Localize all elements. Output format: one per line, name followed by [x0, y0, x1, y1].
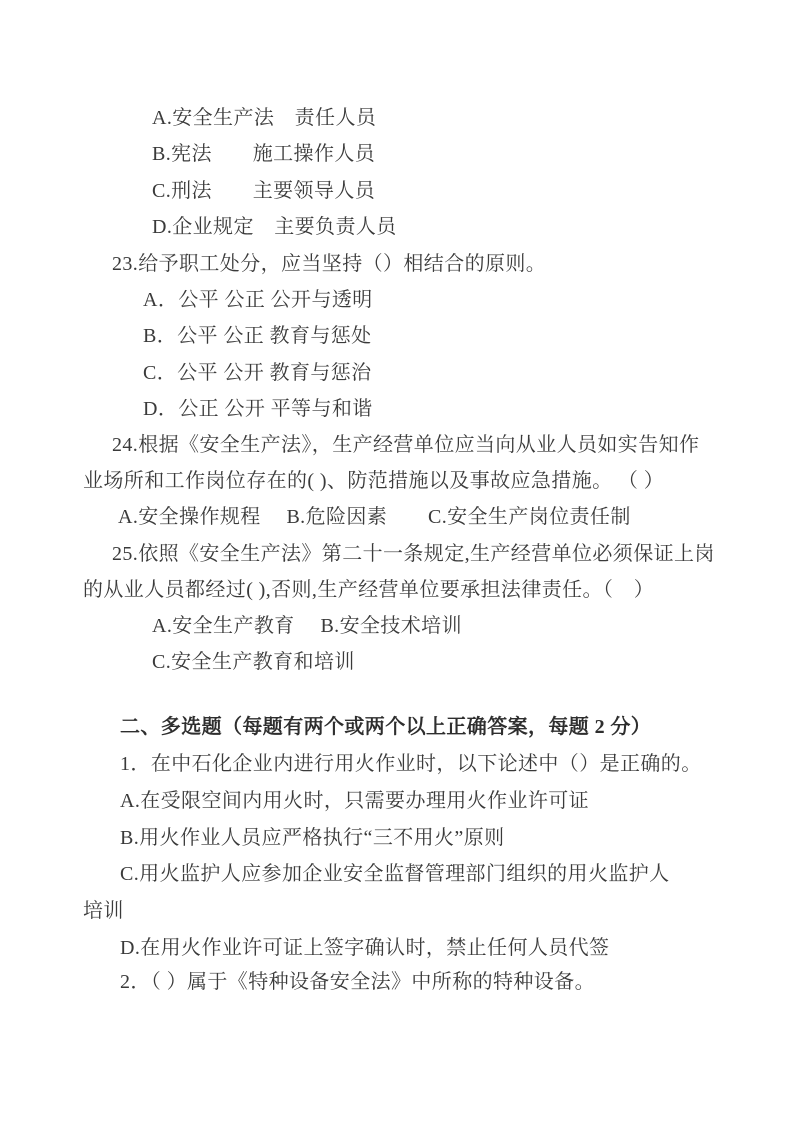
q22-option-d: D.企业规定 主要负责人员	[152, 215, 397, 240]
q22-option-a: A.安全生产法 责任人员	[152, 106, 376, 131]
q24-stem-line1: 24.根据《安全生产法》，生产经营单位应当向从业人员如实告知作	[112, 433, 699, 458]
q24-stem-line2: 业场所和工作岗位存在的( )、防范措施以及事故应急措施。 （ ）	[83, 469, 664, 494]
mc-q1-option-b: B.用火作业人员应严格执行“三不用火”原则	[120, 826, 505, 851]
document-page: A.安全生产法 责任人员 B.宪法 施工操作人员 C.刑法 主要领导人员 D.企…	[0, 0, 793, 1122]
mc-q1-option-a: A.在受限空间内用火时，只需要办理用火作业许可证	[120, 789, 589, 814]
q25-options-ab: A.安全生产教育 B.安全技术培训	[152, 614, 462, 639]
q23-option-c: C．公平 公开 教育与惩治	[143, 361, 372, 386]
mc-q2-stem: 2．（ ）属于《特种设备安全法》中所称的特种设备。	[120, 970, 595, 995]
mc-q1-stem: 1．在中石化企业内进行用火作业时，以下论述中（）是正确的。	[120, 752, 702, 777]
q24-options: A.安全操作规程 B.危险因素 C.安全生产岗位责任制	[118, 505, 631, 530]
q22-option-b: B.宪法 施工操作人员	[152, 142, 375, 167]
q23-option-d: D．公正 公开 平等与和谐	[143, 397, 373, 422]
mc-q1-option-c-line2: 培训	[83, 899, 124, 924]
q23-stem: 23.给予职工处分，应当坚持（）相结合的原则。	[112, 252, 546, 277]
q25-option-c: C.安全生产教育和培训	[152, 650, 355, 675]
q23-option-a: A．公平 公正 公开与透明	[143, 288, 373, 313]
mc-q1-option-c-line1: C.用火监护人应参加企业安全监督管理部门组织的用火监护人	[120, 862, 670, 887]
multi-choice-section-heading: 二、多选题（每题有两个或两个以上正确答案，每题 2 分）	[120, 715, 651, 740]
mc-q1-option-d: D.在用火作业许可证上签字确认时，禁止任何人员代签	[120, 936, 609, 961]
q25-stem-line2: 的从业人员都经过( ),否则,生产经营单位要承担法律责任。（ ）	[83, 578, 654, 603]
q23-option-b: B．公平 公正 教育与惩处	[143, 324, 372, 349]
q22-option-c: C.刑法 主要领导人员	[152, 179, 375, 204]
q25-stem-line1: 25.依照《安全生产法》第二十一条规定,生产经营单位必须保证上岗	[112, 542, 715, 567]
